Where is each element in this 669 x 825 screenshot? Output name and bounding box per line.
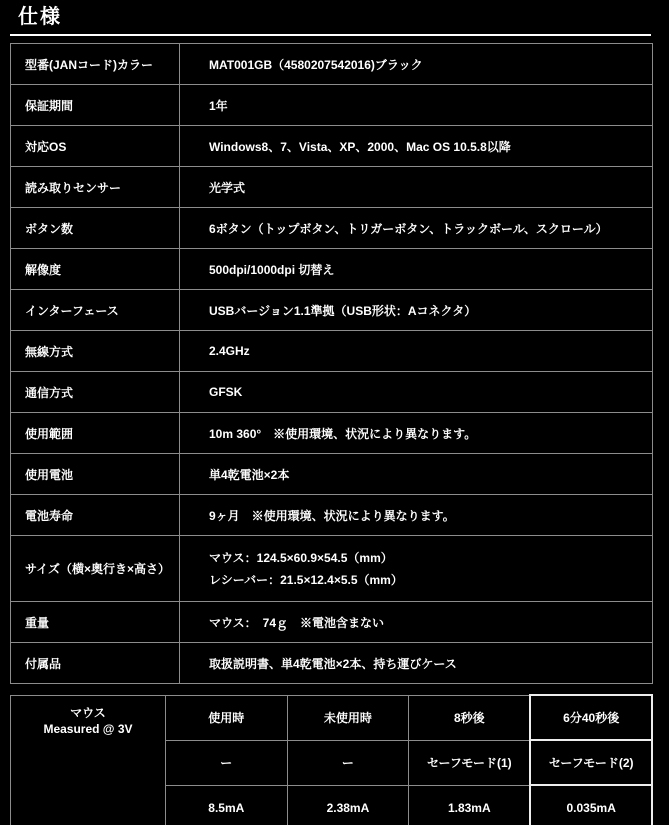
spec-row: 読み取りセンサー 光学式 bbox=[11, 167, 653, 208]
spec-page: 仕様 型番(JANコード)カラー MAT001GB（4580207542016)… bbox=[0, 5, 669, 825]
spec-row: 保証期間 1年 bbox=[11, 85, 653, 126]
spec-value: 500dpi/1000dpi 切替え bbox=[180, 249, 653, 290]
spec-value: 6ボタン（トップボタン、トリガーボタン、トラックボール、スクロール） bbox=[180, 208, 653, 249]
power-mode-cell: ー bbox=[287, 740, 409, 785]
power-table: マウス Measured @ 3V 使用時 未使用時 8秒後 6分40秒後 ー … bbox=[10, 694, 653, 825]
power-current-cell: 1.83mA bbox=[409, 785, 531, 825]
power-corner-line2: Measured @ 3V bbox=[12, 721, 164, 737]
spec-value: 単4乾電池×2本 bbox=[180, 454, 653, 495]
spec-row: 無線方式 2.4GHz bbox=[11, 331, 653, 372]
spec-label: サイズ（横×奥行き×高さ） bbox=[11, 536, 180, 602]
power-corner-line1: マウス bbox=[12, 705, 164, 721]
spec-value: 9ヶ月 ※使用環境、状況により異なります。 bbox=[180, 495, 653, 536]
spec-row: 使用範囲 10m 360° ※使用環境、状況により異なります。 bbox=[11, 413, 653, 454]
spec-value: GFSK bbox=[180, 372, 653, 413]
power-col-header: 8秒後 bbox=[409, 695, 531, 740]
spec-row: 使用電池 単4乾電池×2本 bbox=[11, 454, 653, 495]
power-corner-cell: マウス Measured @ 3V bbox=[11, 695, 166, 825]
power-header-row: マウス Measured @ 3V 使用時 未使用時 8秒後 6分40秒後 bbox=[11, 695, 653, 740]
spec-row: 付属品 取扱説明書、単4乾電池×2本、持ち運びケース bbox=[11, 643, 653, 684]
spec-label: 保証期間 bbox=[11, 85, 180, 126]
spec-value: 光学式 bbox=[180, 167, 653, 208]
spec-label: 通信方式 bbox=[11, 372, 180, 413]
spec-row: サイズ（横×奥行き×高さ） マウス：124.5×60.9×54.5（mm） レシ… bbox=[11, 536, 653, 602]
spec-label: 重量 bbox=[11, 602, 180, 643]
power-mode-cell: セーフモード(1) bbox=[409, 740, 531, 785]
spec-value: 1年 bbox=[180, 85, 653, 126]
spec-value: マウス：124.5×60.9×54.5（mm） レシーバー：21.5×12.4×… bbox=[180, 536, 653, 602]
spec-label: 無線方式 bbox=[11, 331, 180, 372]
power-current-cell-highlighted: 0.035mA bbox=[530, 785, 652, 825]
spec-row: 電池寿命 9ヶ月 ※使用環境、状況により異なります。 bbox=[11, 495, 653, 536]
spec-label: 対応OS bbox=[11, 126, 180, 167]
spec-label: インターフェース bbox=[11, 290, 180, 331]
spec-value: USBバージョン1.1準拠（USB形状：Aコネクタ） bbox=[180, 290, 653, 331]
spec-label: 解像度 bbox=[11, 249, 180, 290]
spec-label: 使用範囲 bbox=[11, 413, 180, 454]
spec-value: マウス： 74ｇ ※電池含まない bbox=[180, 602, 653, 643]
spec-value: 取扱説明書、単4乾電池×2本、持ち運びケース bbox=[180, 643, 653, 684]
spec-row: インターフェース USBバージョン1.1準拠（USB形状：Aコネクタ） bbox=[11, 290, 653, 331]
spec-row: 通信方式 GFSK bbox=[11, 372, 653, 413]
spec-value: 10m 360° ※使用環境、状況により異なります。 bbox=[180, 413, 653, 454]
spec-value: 2.4GHz bbox=[180, 331, 653, 372]
power-current-cell: 8.5mA bbox=[166, 785, 288, 825]
spec-row: ボタン数 6ボタン（トップボタン、トリガーボタン、トラックボール、スクロール） bbox=[11, 208, 653, 249]
spec-value-line-mouse: マウス：124.5×60.9×54.5（mm） bbox=[209, 547, 646, 569]
spec-value: MAT001GB（4580207542016)ブラック bbox=[180, 44, 653, 85]
spec-label: 型番(JANコード)カラー bbox=[11, 44, 180, 85]
power-col-header: 未使用時 bbox=[287, 695, 409, 740]
power-col-header: 使用時 bbox=[166, 695, 288, 740]
spec-row: 型番(JANコード)カラー MAT001GB（4580207542016)ブラッ… bbox=[11, 44, 653, 85]
page-title: 仕様 bbox=[18, 5, 669, 29]
power-mode-cell: ー bbox=[166, 740, 288, 785]
spec-table: 型番(JANコード)カラー MAT001GB（4580207542016)ブラッ… bbox=[10, 43, 653, 684]
spec-value-line-receiver: レシーバー：21.5×12.4×5.5（mm） bbox=[209, 569, 646, 591]
spec-label: 電池寿命 bbox=[11, 495, 180, 536]
spec-label: 付属品 bbox=[11, 643, 180, 684]
power-current-cell: 2.38mA bbox=[287, 785, 409, 825]
spec-value: Windows8、7、Vista、XP、2000、Mac OS 10.5.8以降 bbox=[180, 126, 653, 167]
spec-label: ボタン数 bbox=[11, 208, 180, 249]
power-mode-cell-highlighted: セーフモード(2) bbox=[530, 740, 652, 785]
power-col-header-highlighted: 6分40秒後 bbox=[530, 695, 652, 740]
spec-row: 対応OS Windows8、7、Vista、XP、2000、Mac OS 10.… bbox=[11, 126, 653, 167]
spec-row: 解像度 500dpi/1000dpi 切替え bbox=[11, 249, 653, 290]
spec-row: 重量 マウス： 74ｇ ※電池含まない bbox=[11, 602, 653, 643]
title-rule bbox=[10, 34, 651, 36]
spec-label: 使用電池 bbox=[11, 454, 180, 495]
spec-label: 読み取りセンサー bbox=[11, 167, 180, 208]
